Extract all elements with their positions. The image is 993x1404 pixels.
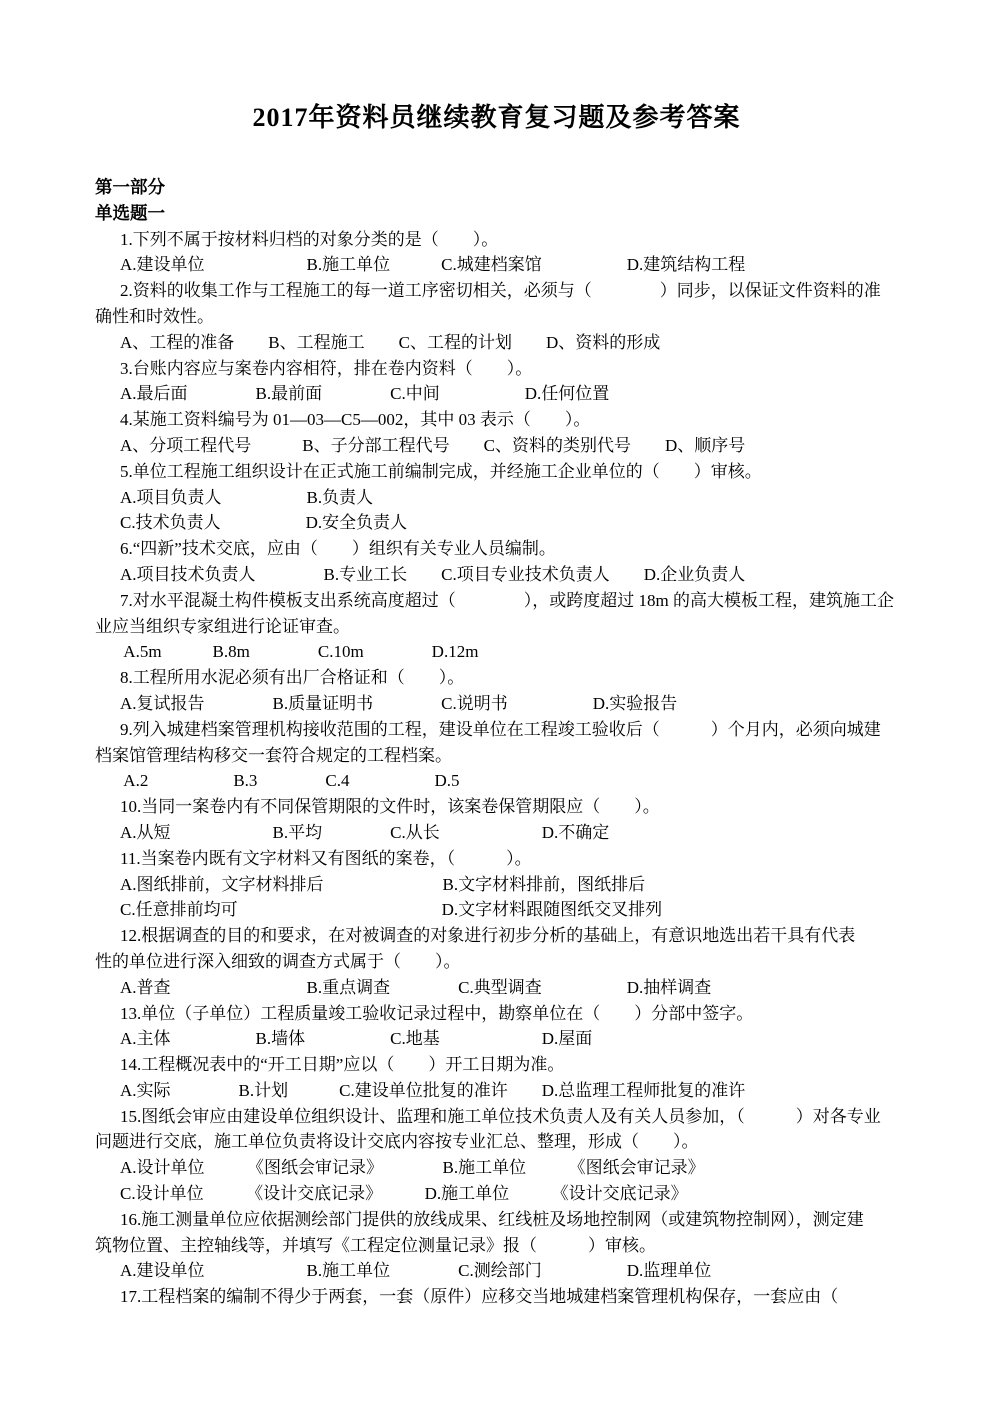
text-line: 7.对水平混凝土构件模板支出系统高度超过（ ），或跨度超过 18m 的高大模板工… (95, 588, 993, 614)
text-line: A.建设单位 B.施工单位 C.测绘部门 D.监理单位 (95, 1258, 993, 1284)
text-line: C.技术负责人 D.安全负责人 (95, 510, 993, 536)
text-line: A.项目负责人 B.负责人 (95, 485, 993, 511)
text-line: A、工程的准备 B、工程施工 C、工程的计划 D、资料的形成 (95, 330, 993, 356)
text-line: 12.根据调查的目的和要求，在对被调查的对象进行初步分析的基础上，有意识地选出若… (95, 923, 993, 949)
text-line: 13.单位（子单位）工程质量竣工验收记录过程中，勘察单位在（ ）分部中签字。 (95, 1001, 993, 1027)
text-line: A.2 B.3 C.4 D.5 (95, 768, 993, 794)
text-line: 16.施工测量单位应依据测绘部门提供的放线成果、红线桩及场地控制网（或建筑物控制… (95, 1207, 993, 1233)
text-line: A.实际 B.计划 C.建设单位批复的准许 D.总监理工程师批复的准许 (95, 1078, 993, 1104)
section-headings: 第一部分 单选题一 (95, 175, 993, 227)
text-line: C.任意排前均可 D.文字材料跟随图纸交叉排列 (95, 897, 993, 923)
text-line: 3.台账内容应与案卷内容相符，排在卷内资料（ ）。 (95, 356, 993, 382)
text-line: A.最后面 B.最前面 C.中间 D.任何位置 (95, 381, 993, 407)
text-line: A.5m B.8m C.10m D.12m (95, 639, 993, 665)
text-line: 5.单位工程施工组织设计在正式施工前编制完成，并经施工企业单位的（ ）审核。 (95, 459, 993, 485)
text-line: 15.图纸会审应由建设单位组织设计、监理和施工单位技术负责人及有关人员参加，（ … (95, 1104, 993, 1130)
text-line: 性的单位进行深入细致的调查方式属于（ ）。 (95, 949, 993, 975)
text-line: 2.资料的收集工作与工程施工的每一道工序密切相关，必须与（ ）同步，以保证文件资… (95, 278, 993, 304)
text-line: A.复试报告 B.质量证明书 C.说明书 D.实验报告 (95, 691, 993, 717)
question-type-heading: 单选题一 (95, 201, 993, 227)
text-line: 确性和时效性。 (95, 304, 993, 330)
text-line: 10.当同一案卷内有不同保管期限的文件时，该案卷保管期限应（ ）。 (95, 794, 993, 820)
text-line: 9.列入城建档案管理机构接收范围的工程，建设单位在工程竣工验收后（ ）个月内，必… (95, 717, 993, 743)
text-line: 17.工程档案的编制不得少于两套，一套（原件）应移交当地城建档案管理机构保存，一… (95, 1284, 993, 1310)
part-heading: 第一部分 (95, 175, 993, 201)
document-page: 2017年资料员继续教育复习题及参考答案 第一部分 单选题一 1.下列不属于按材… (0, 0, 993, 1404)
text-line: 档案馆管理结构移交一套符合规定的工程档案。 (95, 743, 993, 769)
text-line: 1.下列不属于按材料归档的对象分类的是（ ）。 (95, 227, 993, 253)
text-line: 11.当案卷内既有文字材料又有图纸的案卷，（ ）。 (95, 846, 993, 872)
text-line: A.图纸排前，文字材料排后 B.文字材料排前，图纸排后 (95, 872, 993, 898)
text-line: 筑物位置、主控轴线等，并填写《工程定位测量记录》报（ ）审核。 (95, 1233, 993, 1259)
text-line: 14.工程概况表中的“开工日期”应以（ ）开工日期为准。 (95, 1052, 993, 1078)
text-line: 4.某施工资料编号为 01—03—C5—002，其中 03 表示（ ）。 (95, 407, 993, 433)
text-line: 6.“四新”技术交底，应由（ ）组织有关专业人员编制。 (95, 536, 993, 562)
text-line: A.从短 B.平均 C.从长 D.不确定 (95, 820, 993, 846)
text-line: C.设计单位 《设计交底记录》 D.施工单位 《设计交底记录》 (95, 1181, 993, 1207)
text-line: 业应当组织专家组进行论证审查。 (95, 614, 993, 640)
text-line: A.项目技术负责人 B.专业工长 C.项目专业技术负责人 D.企业负责人 (95, 562, 993, 588)
document-title: 2017年资料员继续教育复习题及参考答案 (0, 0, 993, 135)
text-line: 问题进行交底，施工单位负责将设计交底内容按专业汇总、整理，形成（ ）。 (95, 1129, 993, 1155)
text-line: A.设计单位 《图纸会审记录》 B.施工单位 《图纸会审记录》 (95, 1155, 993, 1181)
text-line: A.建设单位 B.施工单位 C.城建档案馆 D.建筑结构工程 (95, 252, 993, 278)
text-line: A、分项工程代号 B、子分部工程代号 C、资料的类别代号 D、顺序号 (95, 433, 993, 459)
text-line: 8.工程所用水泥必须有出厂合格证和（ ）。 (95, 665, 993, 691)
text-line: A.主体 B.墙体 C.地基 D.屋面 (95, 1026, 993, 1052)
text-line: A.普查 B.重点调查 C.典型调查 D.抽样调查 (95, 975, 993, 1001)
document-body: 1.下列不属于按材料归档的对象分类的是（ ）。A.建设单位 B.施工单位 C.城… (95, 227, 993, 1310)
